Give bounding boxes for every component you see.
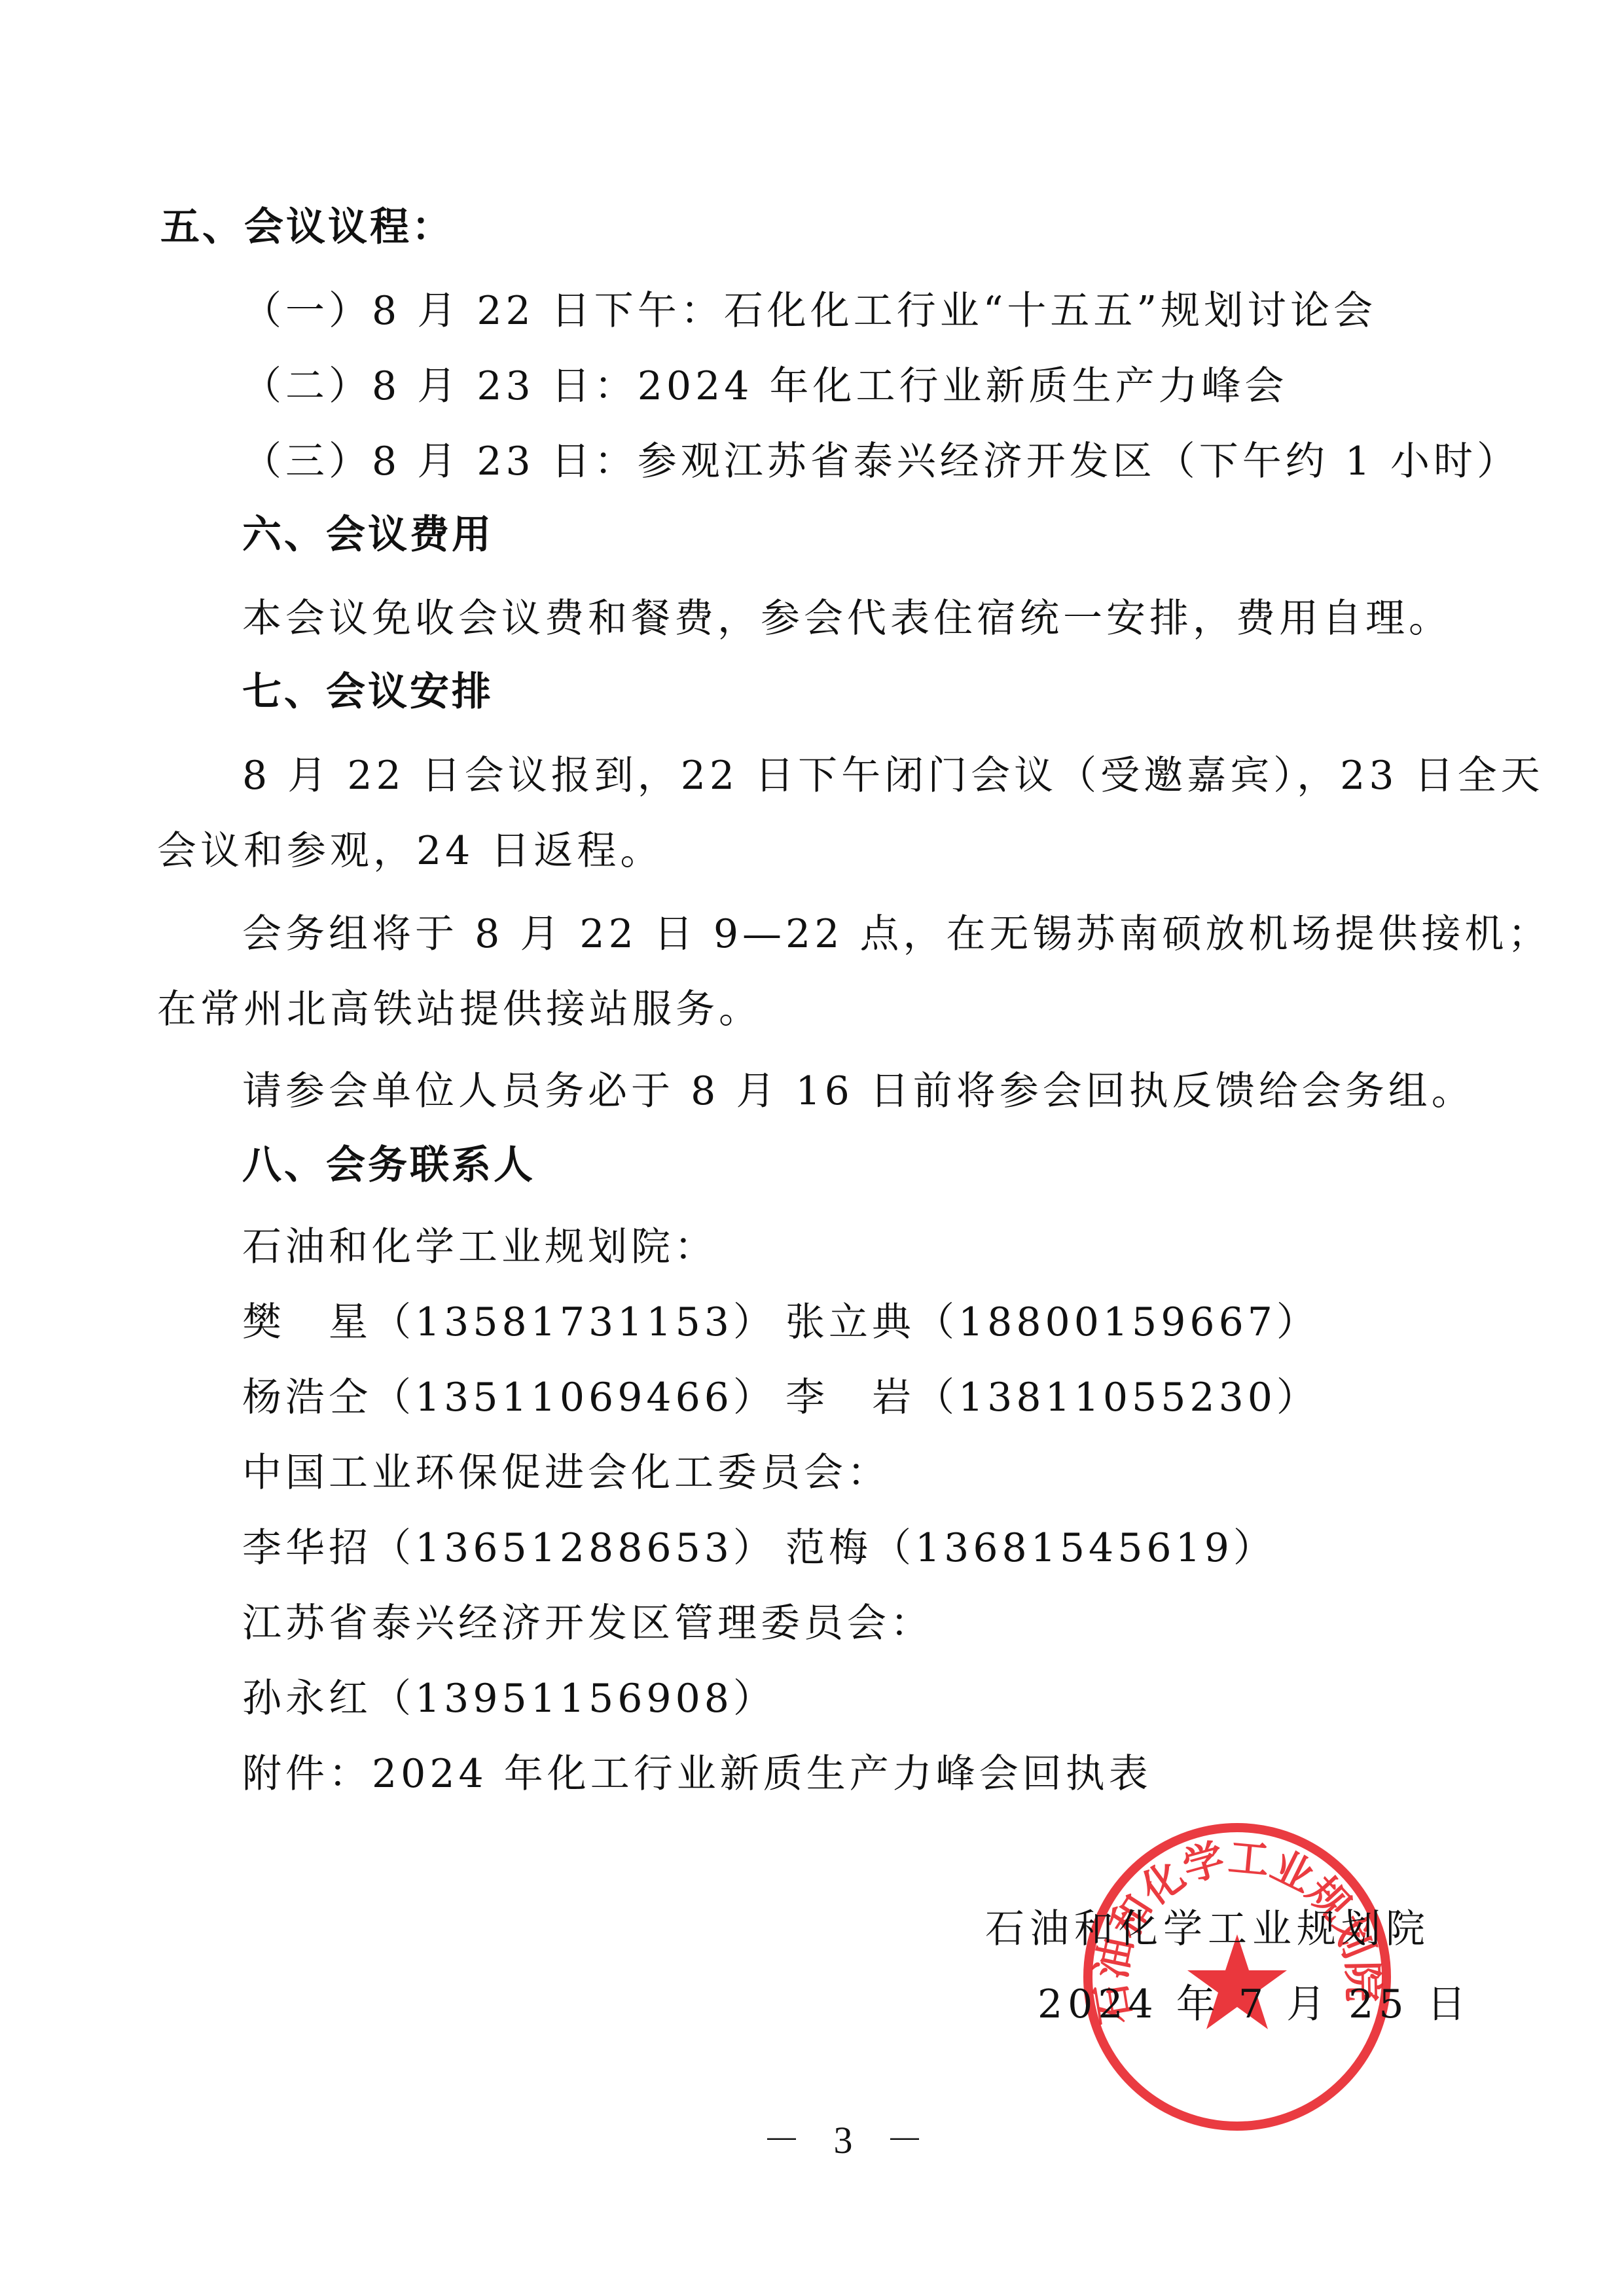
contact-phone: （13581731153） (372, 1299, 776, 1345)
arrangements-heading: 七、会议安排 (242, 669, 494, 715)
contact-org-1: 石油和化学工业规划院： (242, 1224, 717, 1270)
contact-person: 杨浩仝（13511069466） (242, 1375, 776, 1420)
arrangements-p2-line1: 会务组将于 8 月 22 日 9—22 点，在无锡苏南硕放机场提供接机； (242, 911, 1551, 957)
page-number: － 3 － (763, 2118, 935, 2163)
fees-body: 本会议免收会议费和餐费，参会代表住宿统一安排，费用自理。 (242, 596, 1452, 642)
contact-phone: （18800159667） (915, 1299, 1320, 1345)
contact-org-2: 中国工业环保促进会化工委员会： (242, 1450, 890, 1496)
agenda-item-1: （一）8 月 22 日下午：石化化工行业“十五五”规划讨论会 (242, 288, 1377, 334)
document-page: 五、会议议程： （一）8 月 22 日下午：石化化工行业“十五五”规划讨论会 （… (0, 0, 1624, 2295)
contact-person: 李华招（13651288653） (242, 1525, 776, 1571)
signature-date: 2024 年 7 月 25 日 (1038, 1981, 1471, 2027)
contact-person: 范梅（13681545619） (785, 1525, 1276, 1571)
contact-person: 李 岩（13811055230） (785, 1375, 1320, 1420)
official-seal-icon: 石油和化学工业规划院 (1074, 1813, 1401, 2141)
agenda-item-3: （三）8 月 23 日：参观江苏省泰兴经济开发区（下午约 1 小时） (242, 439, 1520, 484)
contact-phone: （13811055230） (915, 1375, 1320, 1420)
contact-person: 樊 星（13581731153） (242, 1299, 776, 1345)
agenda-item-2: （二）8 月 23 日：2024 年化工行业新质生产力峰会 (242, 363, 1288, 409)
contact-phone: （13951156908） (372, 1676, 776, 1722)
attachment-line: 附件：2024 年化工行业新质生产力峰会回执表 (242, 1751, 1152, 1797)
contact-phone: （13651288653） (372, 1525, 776, 1571)
contact-name: 樊 星 (242, 1299, 372, 1345)
contact-name: 范梅 (785, 1525, 872, 1571)
contact-org-3: 江苏省泰兴经济开发区管理委员会： (242, 1600, 933, 1646)
contact-name: 李 岩 (785, 1375, 915, 1420)
contact-person: 张立典（18800159667） (785, 1299, 1320, 1345)
fees-heading: 六、会议费用 (242, 512, 494, 558)
contact-name: 李华招 (242, 1525, 372, 1571)
signature-org: 石油和化学工业规划院 (985, 1906, 1430, 1952)
contacts-heading: 八、会务联系人 (242, 1142, 535, 1188)
arrangements-p1-line2: 会议和参观，24 日返程。 (157, 828, 663, 874)
arrangements-p1-line1: 8 月 22 日会议报到，22 日下午闭门会议（受邀嘉宾），23 日全天 (242, 753, 1544, 799)
contact-phone: （13681545619） (872, 1525, 1276, 1571)
arrangements-p2-line2: 在常州北高铁站提供接站服务。 (157, 986, 762, 1032)
contact-name: 杨浩仝 (242, 1375, 372, 1420)
agenda-heading: 五、会议议程： (160, 204, 454, 250)
arrangements-p3: 请参会单位人员务必于 8 月 16 日前将参会回执反馈给会务组。 (242, 1068, 1475, 1114)
contact-person: 孙永红（13951156908） (242, 1676, 776, 1722)
contact-name: 张立典 (785, 1299, 915, 1345)
contact-phone: （13511069466） (372, 1375, 776, 1420)
contact-name: 孙永红 (242, 1676, 372, 1722)
